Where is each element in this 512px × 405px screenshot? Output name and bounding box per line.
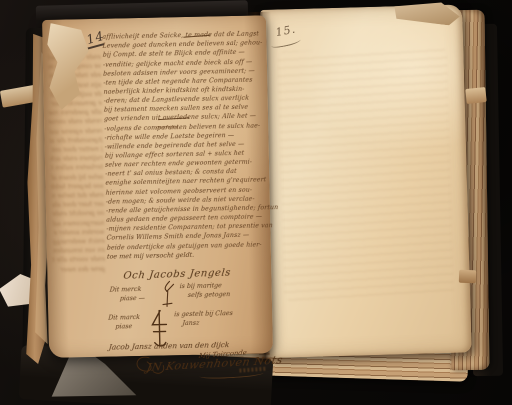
page-number-underline (271, 37, 302, 49)
mark2-text-bottom: Jansz (182, 320, 199, 327)
manuscript-line: bij Compt. de stelt te Blijck ende affin… (103, 49, 246, 59)
merchant-mark-1 (159, 280, 176, 308)
photo-open-manuscript-book: 15. ende voors de selve compt alsoo mede… (0, 0, 512, 405)
manuscript-line: eenighe solemniteijten naer rechten g're… (105, 177, 266, 187)
interlinear-correction: overleden (156, 125, 178, 130)
manuscript-line: besloten adsisen inder voors geexamineer… (103, 67, 255, 77)
manuscript-line: -den mogen; & soude weirde als niet verc… (106, 195, 255, 205)
manuscript-line: Cornelis Willems Smith ende Jonas Jansz … (106, 232, 249, 242)
manuscript-line: -richafte wille ende Laetste begeiren — (104, 132, 234, 142)
mark2-text-top: is gestelt bij Claes (174, 310, 233, 318)
manuscript-line: beide ondertijcke als getuijgen van goed… (107, 241, 262, 251)
paper-tab-right-lower (459, 270, 476, 284)
ink-show-through (277, 47, 454, 302)
paper-tab-right-upper (465, 87, 486, 104)
mark1-text-bottom: selfs getogen (188, 291, 231, 299)
manuscript-line: -volgens de comparanten believen te sulc… (104, 122, 260, 132)
manuscript-closing-line: toe met mij versocht geldt. (107, 251, 195, 261)
mark2-label-bottom: piase (115, 323, 132, 330)
manuscript-line: -ten tijde de stlet negende hare Compara… (103, 76, 253, 86)
manuscript-line: -venditie; gelijcke macht ende bieck als… (103, 58, 253, 68)
mark2-label-top: Dit marck (108, 314, 140, 322)
manuscript-line: -willende ende begeirende dat het selve … (104, 141, 244, 151)
deed-heading: Och Jacobs Jengels (123, 268, 232, 282)
mark1-text-top: is bij maritge (179, 282, 222, 290)
manuscript-text-block: afflivicheijt ende Saicke, te made dat d… (102, 30, 267, 255)
manuscript-line: naeberlijck kinder kindtskint oft kindts… (103, 86, 244, 96)
right-page-number: 15. (275, 23, 298, 40)
deed-name-line: Jacob Jansz anden van den dijck (108, 340, 229, 352)
right-page: 15. (260, 4, 472, 358)
mark1-label-bottom: piase — (120, 295, 146, 303)
mark1-label-top: Dit merck (109, 286, 141, 294)
manuscript-line: hierinne niet volcomen geobserveert en s… (105, 186, 252, 196)
